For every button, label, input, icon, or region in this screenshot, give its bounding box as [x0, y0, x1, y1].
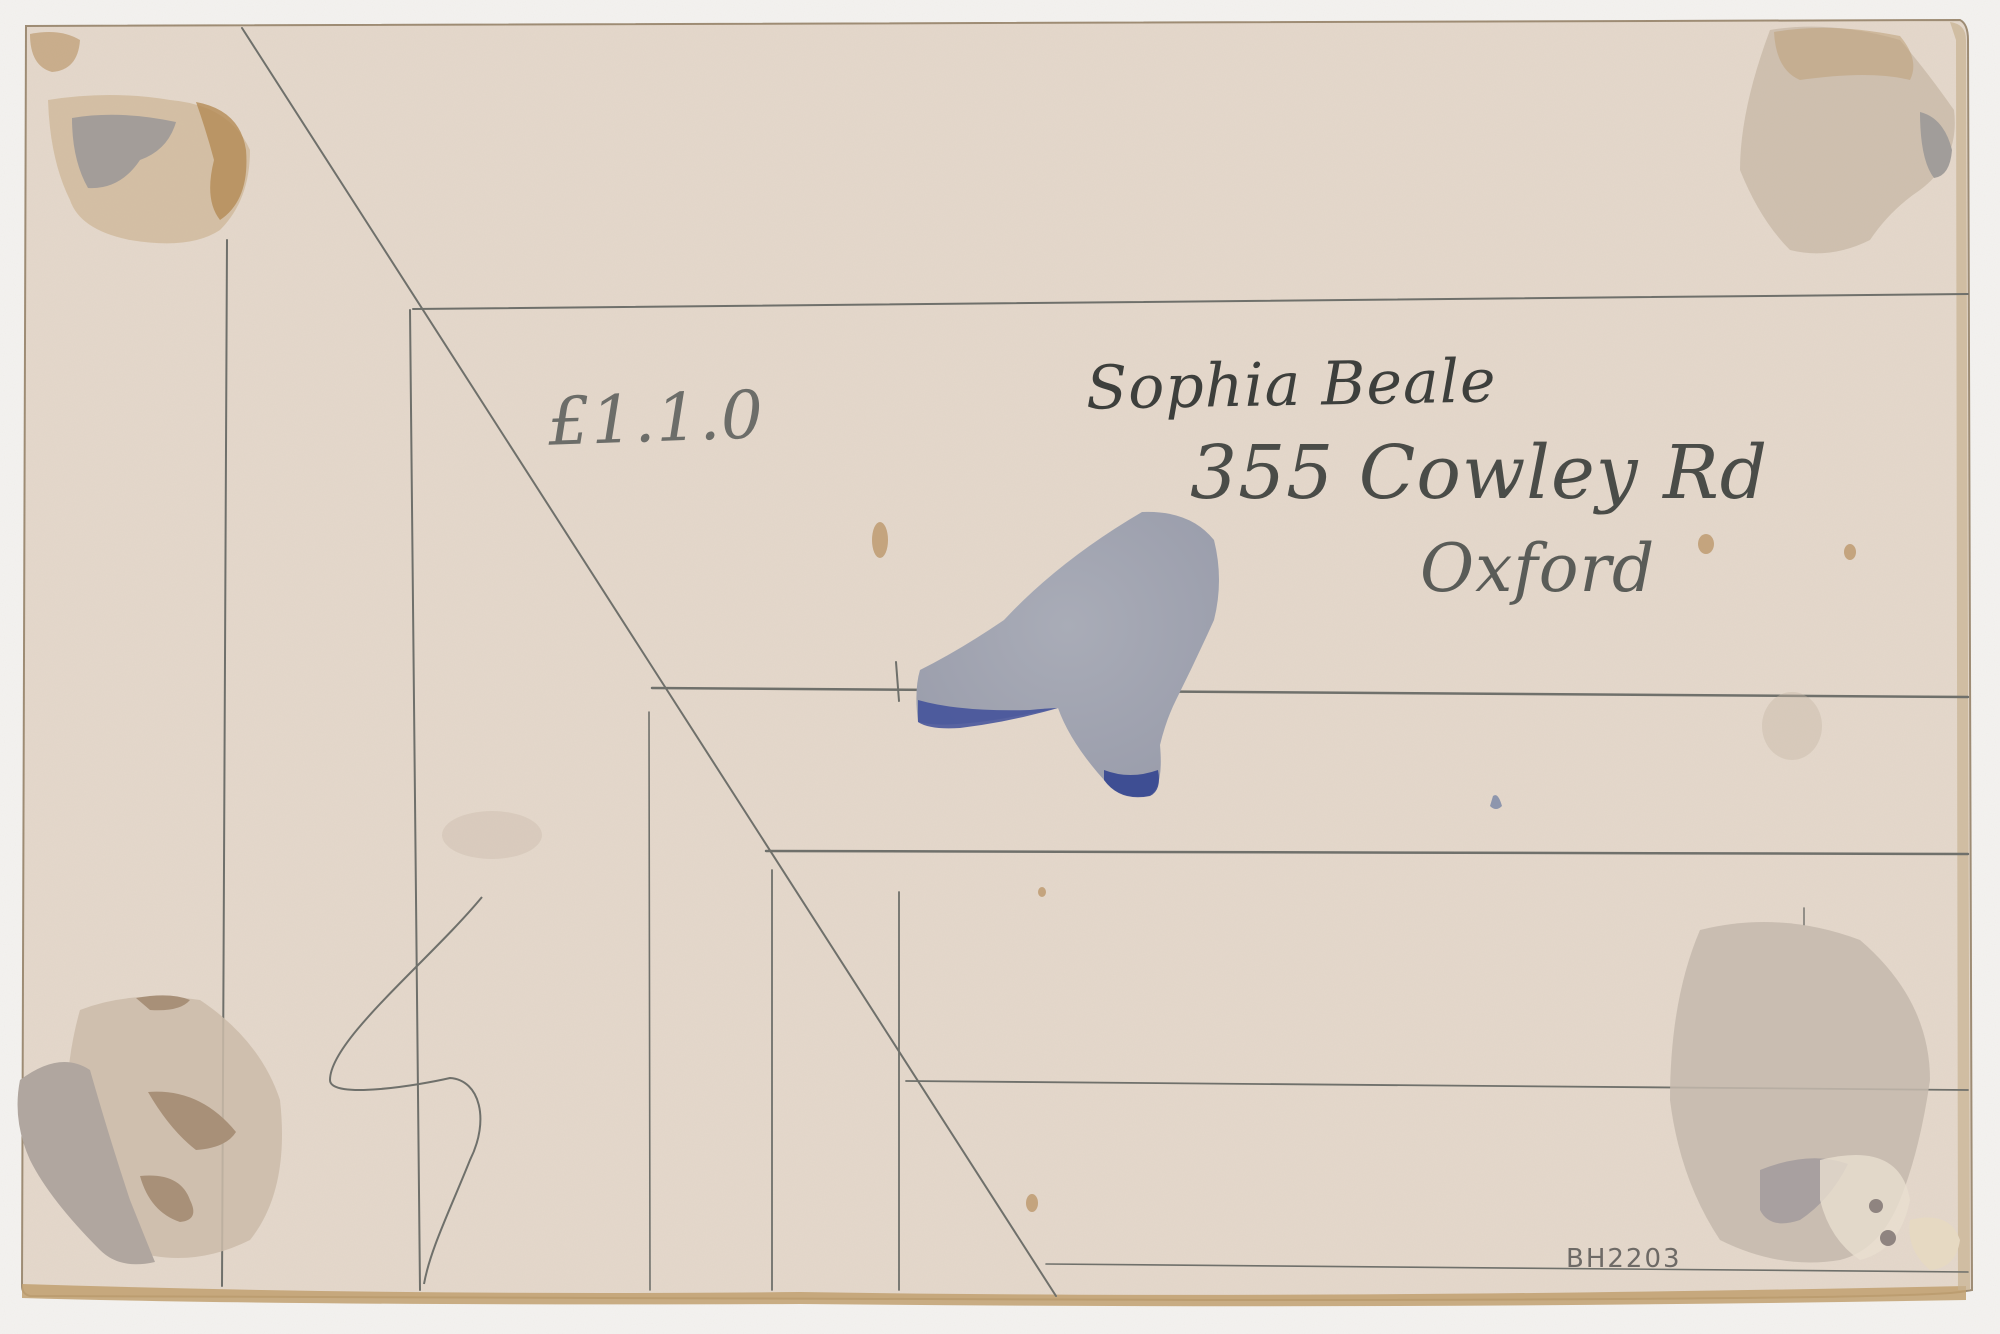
catalogue-number: BH2203	[1566, 1244, 1682, 1274]
address-city: Oxford	[1420, 530, 1655, 607]
address-street: 355 Cowley Rd	[1190, 430, 1768, 516]
address-name: Sophia Beale	[1085, 346, 1497, 423]
card-verso	[0, 0, 2000, 1334]
price-inscription: £1.1.0	[547, 376, 765, 460]
